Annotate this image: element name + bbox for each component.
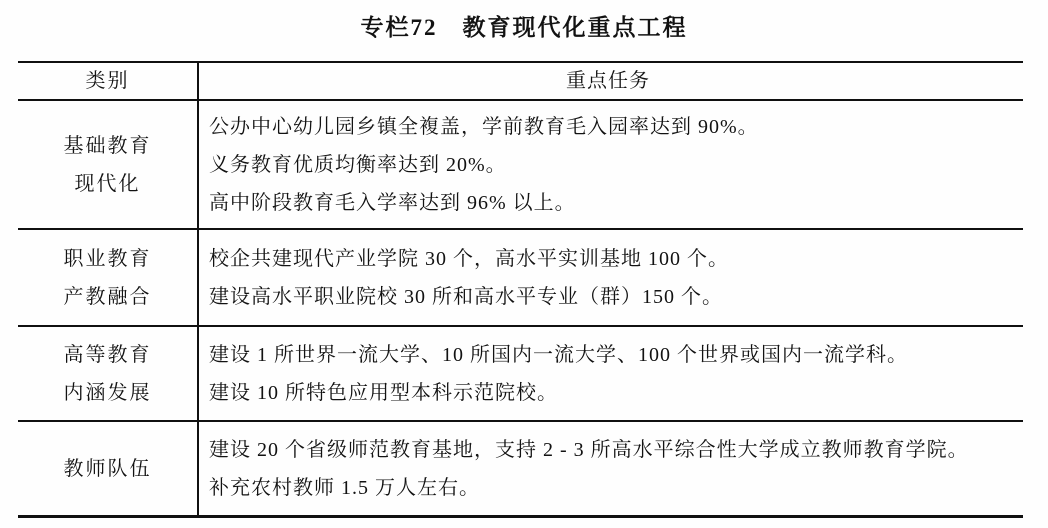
category-line: 教师队伍	[64, 450, 152, 488]
category-cell: 教师队伍	[18, 422, 197, 515]
tasks-cell: 公办中心幼儿园乡镇全複盖，学前教育毛入园率达到 90%。 义务教育优质均衡率达到…	[197, 101, 1023, 228]
task-line: 义务教育优质均衡率达到 20%。	[209, 146, 1017, 184]
category-cell: 高等教育 内涵发展	[18, 327, 197, 420]
category-cell: 职业教育 产教融合	[18, 230, 197, 325]
task-line: 建设 1 所世界一流大学、10 所国内一流大学、100 个世界或国内一流学科。	[209, 336, 1017, 374]
header-tasks: 重点任务	[197, 63, 1023, 99]
category-cell: 基础教育 现代化	[18, 101, 197, 228]
table-row-teachers: 教师队伍 建设 20 个省级师范教育基地，支持 2 - 3 所高水平综合性大学成…	[18, 422, 1023, 515]
table-row-basic-education: 基础教育 现代化 公办中心幼儿园乡镇全複盖，学前教育毛入园率达到 90%。 义务…	[18, 101, 1023, 230]
table-header-row: 类别 重点任务	[18, 63, 1023, 101]
tasks-cell: 建设 20 个省级师范教育基地，支持 2 - 3 所高水平综合性大学成立教师教育…	[197, 422, 1023, 515]
table-row-higher-education: 高等教育 内涵发展 建设 1 所世界一流大学、10 所国内一流大学、100 个世…	[18, 327, 1023, 422]
category-line: 高等教育	[64, 336, 152, 374]
task-line: 公办中心幼儿园乡镇全複盖，学前教育毛入园率达到 90%。	[209, 108, 1017, 146]
header-category: 类别	[18, 63, 197, 99]
task-line: 建设高水平职业院校 30 所和高水平专业（群）150 个。	[209, 278, 1017, 316]
tasks-cell: 建设 1 所世界一流大学、10 所国内一流大学、100 个世界或国内一流学科。 …	[197, 327, 1023, 420]
category-line: 内涵发展	[64, 374, 152, 412]
document-page: 专栏72 教育现代化重点工程 类别 重点任务 基础教育 现代化 公办中心幼儿园乡…	[0, 0, 1048, 528]
task-line: 建设 10 所特色应用型本科示范院校。	[209, 374, 1017, 412]
task-line: 高中阶段教育毛入学率达到 96% 以上。	[209, 184, 1017, 222]
category-line: 产教融合	[64, 278, 152, 316]
category-line: 基础教育	[64, 127, 152, 165]
category-line: 职业教育	[64, 240, 152, 278]
category-line: 现代化	[75, 165, 141, 203]
tasks-cell: 校企共建现代产业学院 30 个，高水平实训基地 100 个。 建设高水平职业院校…	[197, 230, 1023, 325]
page-title: 专栏72 教育现代化重点工程	[0, 9, 1048, 42]
table-row-vocational-education: 职业教育 产教融合 校企共建现代产业学院 30 个，高水平实训基地 100 个。…	[18, 230, 1023, 327]
task-line: 建设 20 个省级师范教育基地，支持 2 - 3 所高水平综合性大学成立教师教育…	[209, 431, 1017, 469]
task-line: 校企共建现代产业学院 30 个，高水平实训基地 100 个。	[209, 240, 1017, 278]
projects-table: 类别 重点任务 基础教育 现代化 公办中心幼儿园乡镇全複盖，学前教育毛入园率达到…	[18, 61, 1023, 518]
task-line: 补充农村教师 1.5 万人左右。	[209, 469, 1017, 507]
